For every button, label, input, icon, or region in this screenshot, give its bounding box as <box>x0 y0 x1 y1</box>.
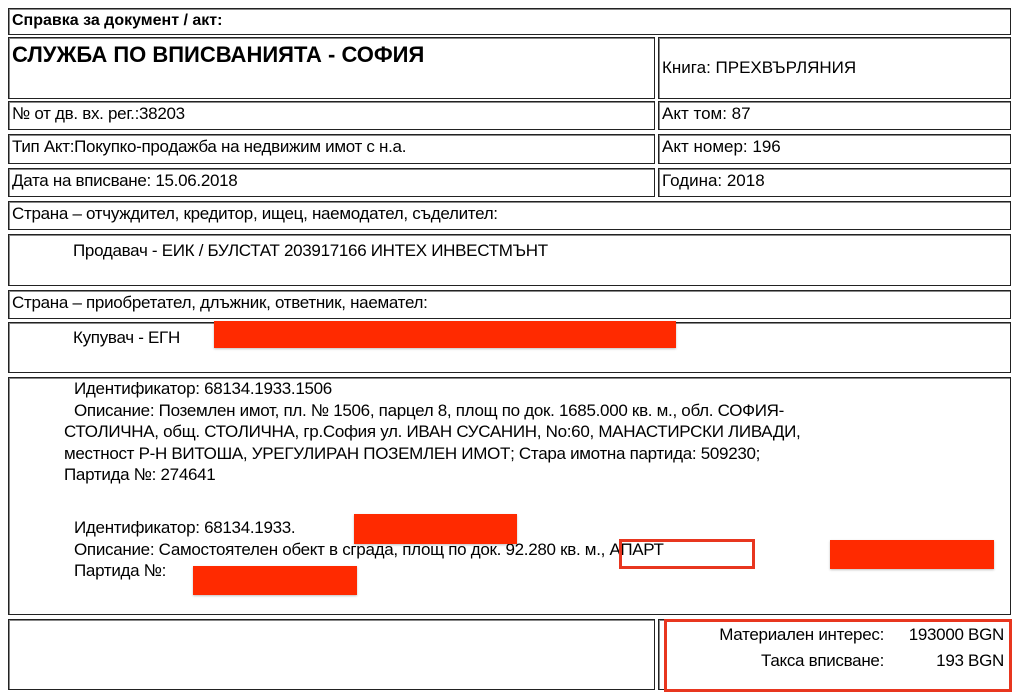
document-header: Справка за документ / акт: <box>8 8 1011 35</box>
act-type-cell: Тип Акт:Покупко-продажба на недвижим имо… <box>8 134 655 164</box>
reg-no-cell: № от дв. вх. рег.:38203 <box>8 101 655 130</box>
entry-date-cell: Дата на вписване: 15.06.2018 <box>8 168 655 197</box>
office-title: СЛУЖБА ПО ВПИСВАНИЯТА - СОФИЯ <box>12 42 424 67</box>
property-1-description-line-2: СТОЛИЧНА, общ. СТОЛИЧНА, гр.София ул. ИВ… <box>64 421 800 443</box>
year: Година: 2018 <box>662 171 765 190</box>
party1-label: Страна – отчуждител, кредитор, ищец, нае… <box>12 204 498 223</box>
office-title-cell: СЛУЖБА ПО ВПИСВАНИЯТА - СОФИЯ <box>8 37 655 99</box>
party2-label: Страна – приобретател, длъжник, ответник… <box>12 293 428 312</box>
fees-highlight-box <box>664 619 1012 692</box>
act-number-cell: Акт номер: 196 <box>658 134 1011 164</box>
property-1-identifier: Идентификатор: 68134.1933.1506 <box>74 378 800 400</box>
party2-label-cell: Страна – приобретател, длъжник, ответник… <box>8 290 1011 319</box>
property-2-partida: Партида №: <box>74 560 664 582</box>
act-volume-cell: Акт том: 87 <box>658 101 1011 130</box>
area-highlight-box <box>619 539 755 569</box>
act-number: Акт номер: 196 <box>662 137 781 156</box>
book-label: Книга: ПРЕХВЪРЛЯНИЯ <box>662 58 856 77</box>
property-1-description-line-1: Описание: Поземлен имот, пл. № 1506, пар… <box>74 400 800 422</box>
book-cell: Книга: ПРЕХВЪРЛЯНИЯ <box>658 37 1011 99</box>
party1-label-cell: Страна – отчуждител, кредитор, ищец, нае… <box>8 201 1011 230</box>
redaction-buyer-egn <box>214 321 676 348</box>
buyer: Купувач - ЕГН <box>73 328 180 347</box>
entry-date: Дата на вписване: 15.06.2018 <box>12 171 237 190</box>
redaction-property-2-partida <box>193 566 357 595</box>
header-label: Справка за документ / акт: <box>12 12 222 29</box>
seller: Продавач - ЕИК / БУЛСТАТ 203917166 ИНТЕХ… <box>73 241 548 260</box>
property-1-description-line-3: местност Р-Н ВИТОША, УРЕГУЛИРАН ПОЗЕМЛЕН… <box>64 443 800 465</box>
act-volume: Акт том: 87 <box>662 104 751 123</box>
reg-no: № от дв. вх. рег.:38203 <box>12 104 185 123</box>
bottom-left-cell <box>8 619 655 690</box>
redaction-property-2-type <box>830 540 994 569</box>
party1-value-cell: Продавач - ЕИК / БУЛСТАТ 203917166 ИНТЕХ… <box>8 234 1011 286</box>
property-1-partida: Партида №: 274641 <box>64 464 800 486</box>
property-2-area: 92.280 кв. м., <box>505 540 605 559</box>
property-1: Идентификатор: 68134.1933.1506 Описание:… <box>74 378 800 486</box>
year-cell: Година: 2018 <box>658 168 1011 197</box>
redaction-property-2-id <box>354 514 517 544</box>
act-type: Тип Акт:Покупко-продажба на недвижим имо… <box>12 137 406 156</box>
